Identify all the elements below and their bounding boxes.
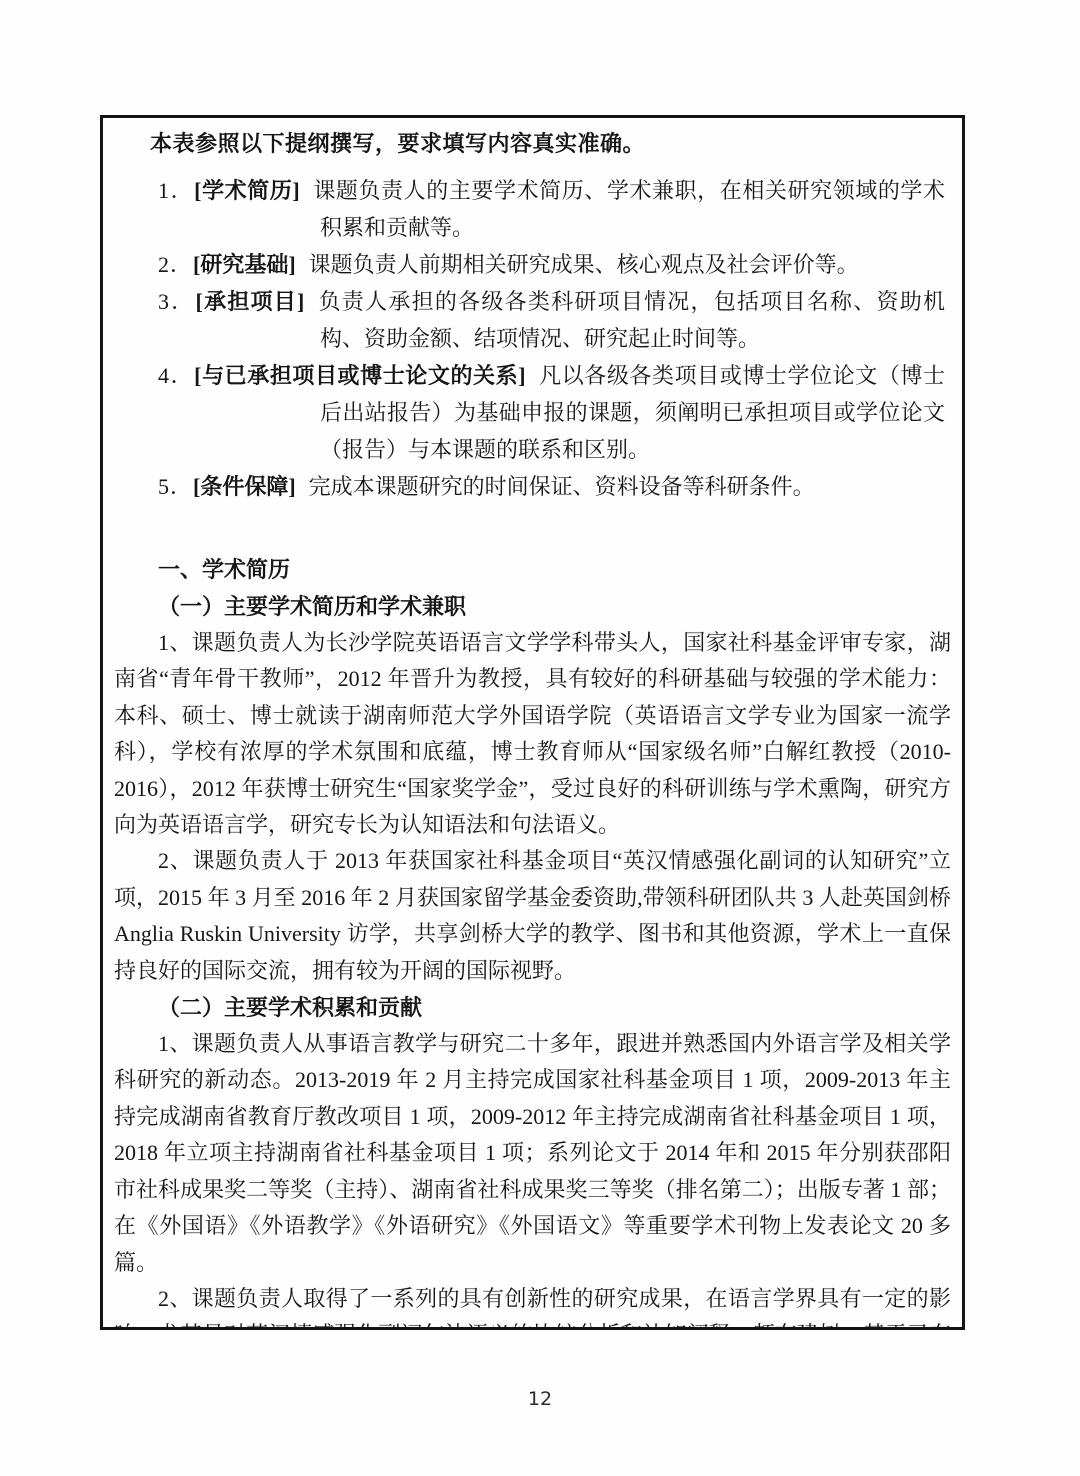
paragraph-resume-1: 1、课题负责人为长沙学院英语语言文学学科带头人，国家社科基金评审专家，湖南省“青… <box>114 625 951 843</box>
outline-list: 1．[学术简历]课题负责人的主要学术简历、学术兼职，在相关研究领域的学术积累和贡… <box>158 172 945 505</box>
academic-resume-section: 一、学术简历 （一）主要学术简历和学术兼职 1、课题负责人为长沙学院英语语言文学… <box>114 551 951 1330</box>
outline-item-number: 3． <box>158 289 196 314</box>
outline-item-text: 完成本课题研究的时间保证、资料设备等科研条件。 <box>309 474 815 499</box>
outline-item: 4．[与已承担项目或博士论文的关系]凡以各级各类项目或博士学位论文（博士后出站报… <box>158 357 945 468</box>
outline-item: 5．[条件保障]完成本课题研究的时间保证、资料设备等科研条件。 <box>158 468 945 505</box>
outline-item-label: [承担项目] <box>196 289 305 314</box>
outline-item: 1．[学术简历]课题负责人的主要学术简历、学术兼职，在相关研究领域的学术积累和贡… <box>158 172 945 246</box>
paragraph-resume-2: 2、课题负责人于 2013 年获国家社科基金项目“英汉情感强化副词的认知研究”立… <box>114 843 951 989</box>
subsection-heading-resume-and-posts: （一）主要学术简历和学术兼职 <box>114 588 951 625</box>
outline-item-number: 5． <box>158 474 193 499</box>
section-heading-academic-resume: 一、学术简历 <box>114 551 951 588</box>
page-number: 12 <box>0 1388 1080 1410</box>
outline-item-number: 2． <box>158 252 193 277</box>
subsection-heading-accumulation-contribution: （二）主要学术积累和贡献 <box>114 989 951 1026</box>
outline-item-number: 4． <box>158 363 194 388</box>
outline-item-text: 课题负责人的主要学术简历、学术兼职，在相关研究领域的学术积累和贡献等。 <box>313 178 945 240</box>
outline-item: 3．[承担项目]负责人承担的各级各类科研项目情况，包括项目名称、资助机构、资助金… <box>158 283 945 357</box>
outline-item-text: 负责人承担的各级各类科研项目情况，包括项目名称、资助机构、资助金额、结项情况、研… <box>317 289 945 351</box>
outline-item-label: [学术简历] <box>194 178 300 203</box>
content-border-box: 本表参照以下提纲撰写，要求填写内容真实准确。 1．[学术简历]课题负责人的主要学… <box>100 115 965 1330</box>
document-page: 本表参照以下提纲撰写，要求填写内容真实准确。 1．[学术简历]课题负责人的主要学… <box>0 0 1080 1476</box>
paragraph-contribution-2: 2、课题负责人取得了一系列的具有创新性的研究成果，在语言学界具有一定的影响，尤其… <box>114 1281 951 1330</box>
outline-item-label: [研究基础] <box>193 252 296 277</box>
paragraph-contribution-1: 1、课题负责人从事语言教学与研究二十多年，跟进并熟悉国内外语言学及相关学科研究的… <box>114 1026 951 1281</box>
notice-intro: 本表参照以下提纲撰写，要求填写内容真实准确。 <box>150 128 951 160</box>
outline-item-label: [与已承担项目或博士论文的关系] <box>194 363 525 388</box>
outline-item-label: [条件保障] <box>193 474 296 499</box>
outline-item-text: 课题负责人前期相关研究成果、核心观点及社会评价等。 <box>309 252 859 277</box>
outline-item-number: 1． <box>158 178 194 203</box>
outline-item: 2．[研究基础]课题负责人前期相关研究成果、核心观点及社会评价等。 <box>158 246 945 283</box>
